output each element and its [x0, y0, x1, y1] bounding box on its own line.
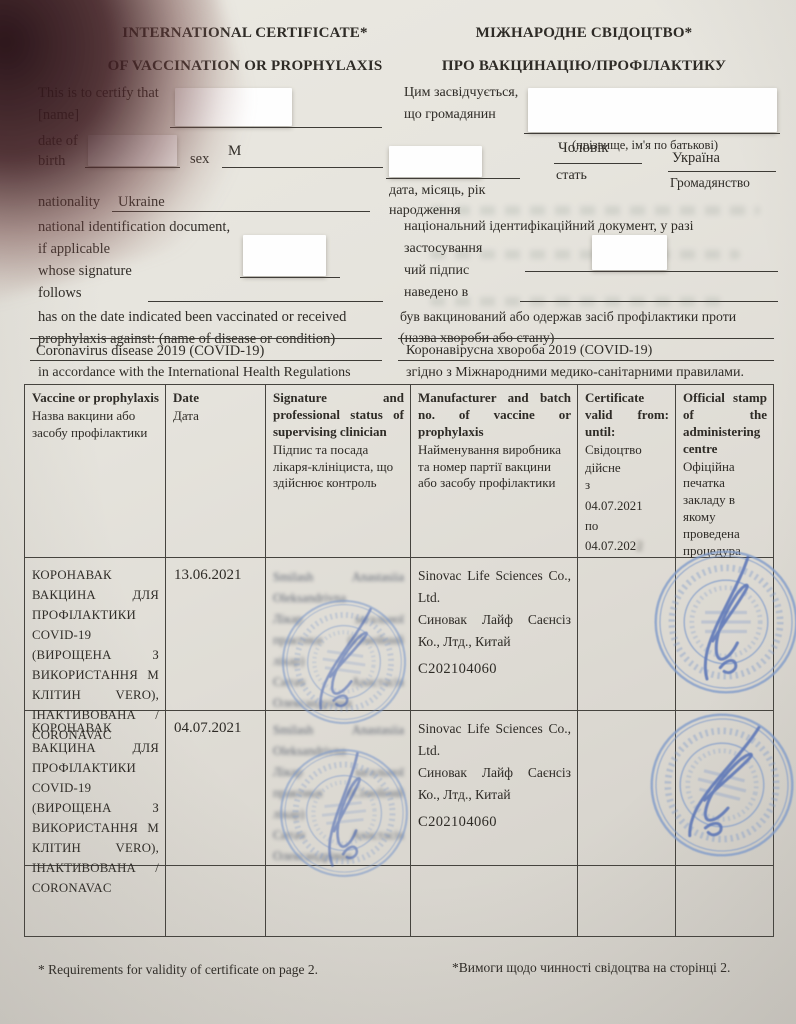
header-validity-ua-1: Свідоцтво: [585, 442, 669, 459]
row1-vaccine: КОРОНАВАК ВАКЦИНА ДЛЯ ПРОФІЛАКТИКИ COVID…: [25, 558, 166, 711]
row2-batch-number: C202104060: [418, 811, 571, 833]
title-ua-line2: ПРО ВАКЦИНАЦІЮ/ПРОФІЛАКТИКУ: [398, 50, 770, 83]
writing-line-signature-en: [148, 301, 383, 302]
validity-po-label: по: [585, 516, 669, 536]
header-vaccine-en: Vaccine or prophylaxis: [32, 390, 159, 407]
vaccination-table: Vaccine or prophylaxis Назва вакцини або…: [24, 384, 774, 937]
row1-date: 13.06.2021: [166, 558, 266, 711]
empty-row-cell: [411, 866, 578, 936]
footer-note-ua: *Вимоги щодо чинності свідоцтва на сторі…: [452, 960, 730, 976]
nid-label-ua-1: національний ідентифікаційний документ, …: [404, 218, 694, 236]
disease-underline-ua: [398, 360, 774, 361]
writing-line-nid-ua: [525, 271, 778, 272]
row2-signature: Smilash Anastasiia Oleksandrivna Лікар з…: [266, 711, 411, 866]
validity-until-date: 04.07.2022: [585, 536, 669, 556]
vaccination-certificate-page: INTERNATIONAL CERTIFICATE* OF VACCINATIO…: [0, 0, 796, 1024]
sex-value-ua: Чоловік: [558, 139, 609, 158]
row2-manufacturer-ua: Синовак Лайф Саєнсіз Ко., Лтд., Китай: [418, 762, 571, 806]
signature-label-ua-1: чий підпис: [404, 262, 469, 280]
row1-manufacturer-ua: Синовак Лайф Саєнсіз Ко., Лтд., Китай: [418, 609, 571, 653]
certify-label-ua-1: Цим засвідчується,: [404, 84, 518, 102]
signature-label-ua-2: наведено в: [404, 284, 468, 302]
header-validity: Certificate valid from: until: Свідоцтво…: [578, 385, 676, 558]
row1-batch-number: C202104060: [418, 658, 571, 680]
header-vaccine-ua: Назва вакцини або засобу профілактики: [32, 408, 159, 442]
disease-overline-ua: [398, 338, 774, 339]
dob-label-ua-2: народження: [389, 202, 461, 220]
empty-row-cell: [676, 866, 773, 936]
blurred-text-line: Лікар загальної практики (Сімейний лікар…: [273, 609, 404, 672]
header-signature: Signature and professional status of sup…: [266, 385, 411, 558]
disease-overline-en: [30, 338, 382, 339]
blurred-text-line: Лікар загальної практики (Сімейний лікар…: [273, 762, 404, 825]
header-date: Date Дата: [166, 385, 266, 558]
writing-line-name-ua: [524, 133, 780, 134]
vaccinated-label-ua-1: був вакцинований або одержав засіб профі…: [400, 308, 736, 325]
header-validity-en: Certificate valid from: until:: [585, 390, 669, 441]
disease-en: Coronavirus disease 2019 (COVID-19): [36, 342, 264, 360]
row2-vaccine: КОРОНАВАК ВАКЦИНА ДЛЯ ПРОФІЛАКТИКИ COVID…: [25, 711, 166, 866]
accordance-en: in accordance with the International Hea…: [38, 364, 351, 382]
blurred-text-line: Ситач Анастасія Олександрівна: [273, 672, 404, 714]
writing-line-signature-ua: [520, 301, 778, 302]
validity-until-smudged-digit: 2: [636, 536, 642, 556]
header-manufacturer-ua: Найменування виробника та номер партії в…: [418, 442, 571, 493]
redaction-box-nid-ua: [592, 235, 667, 270]
footer-note-en: * Requirements for validity of certifica…: [38, 962, 318, 978]
row1-manufacturer: Sinovac Life Sciences Co., Ltd. Синовак …: [411, 558, 578, 711]
row2-manufacturer: Sinovac Life Sciences Co., Ltd. Синовак …: [411, 711, 578, 866]
row2-manufacturer-en: Sinovac Life Sciences Co., Ltd.: [418, 718, 571, 762]
validity-from-date: 04.07.2021: [585, 496, 669, 516]
signature-label-en-2: follows: [38, 284, 82, 302]
header-date-ua: Дата: [173, 408, 259, 425]
nid-label-ua-2: застосування: [404, 240, 482, 258]
disease-underline-en: [30, 360, 382, 361]
blurred-text-line: Ситач Анастасія Олександрівна: [273, 825, 404, 867]
sex-label-ua: стать: [556, 167, 587, 185]
disease-ua: Коронавірусна хвороба 2019 (COVID-19): [406, 342, 652, 360]
header-signature-ua: Підпис та посада лікаря-клініциста, що з…: [273, 442, 404, 493]
citizenship-label-ua: Громадянство: [670, 175, 750, 192]
blurred-text-line: Smilash Anastasiia Oleksandrivna: [273, 567, 404, 609]
redaction-box-name-ua: [528, 88, 777, 132]
row1-validity: [578, 558, 676, 711]
row1-manufacturer-en: Sinovac Life Sciences Co., Ltd.: [418, 565, 571, 609]
empty-row-cell: [578, 866, 676, 936]
header-validity-ua-3: з: [585, 477, 669, 494]
header-manufacturer: Manufacturer and batch no. of vaccine or…: [411, 385, 578, 558]
blurred-text-line: Smilash Anastasiia Oleksandrivna: [273, 720, 404, 762]
writing-line-nid-en: [240, 277, 340, 278]
header-vaccine: Vaccine or prophylaxis Назва вакцини або…: [25, 385, 166, 558]
citizenship-value-ua: Україна: [672, 149, 720, 167]
dob-label-ua-1: дата, місяць, рік: [389, 182, 485, 200]
writing-line-dob-ua: [386, 178, 520, 179]
writing-line-sex-ua: [554, 163, 642, 164]
row1-stamp-cell: [676, 558, 773, 711]
row1-blurred-clinician-text: Smilash Anastasiia Oleksandrivna Лікар з…: [273, 563, 404, 714]
redaction-box-dob-ua: [389, 146, 482, 177]
row2-validity: [578, 711, 676, 866]
header-validity-ua-2: дійсне: [585, 460, 669, 477]
row2-blurred-clinician-text: Smilash Anastasiia Oleksandrivna Лікар з…: [273, 716, 404, 867]
header-stamp-en: Official stamp of the administering cent…: [683, 390, 767, 458]
accordance-ua: згідно з Міжнародними медико-санітарними…: [406, 364, 744, 382]
empty-row-cell: [25, 866, 166, 936]
header-manufacturer-en: Manufacturer and batch no. of vaccine or…: [418, 390, 571, 441]
header-stamp: Official stamp of the administering cent…: [676, 385, 773, 558]
bleed-through-artifact: [430, 206, 760, 215]
title-ua-line1: МІЖНАРОДНЕ СВІДОЦТВО*: [398, 17, 770, 50]
row1-signature: Smilash Anastasiia Oleksandrivna Лікар з…: [266, 558, 411, 711]
row2-stamp-cell: [676, 711, 773, 866]
validity-until-text: 04.07.202: [585, 539, 636, 553]
header-date-en: Date: [173, 390, 259, 407]
row2-date: 04.07.2021: [166, 711, 266, 866]
empty-row-cell: [266, 866, 411, 936]
vaccinated-label-en-1: has on the date indicated been vaccinate…: [38, 308, 346, 326]
certify-label-ua-2: що громадянин: [404, 106, 496, 124]
redaction-box-nid-en: [243, 235, 326, 276]
title-ua: МІЖНАРОДНЕ СВІДОЦТВО* ПРО ВАКЦИНАЦІЮ/ПРО…: [398, 17, 770, 83]
empty-row-cell: [166, 866, 266, 936]
writing-line-citizenship: [668, 171, 776, 172]
header-stamp-ua: Офіційна печатка закладу в якому проведе…: [683, 459, 767, 560]
header-signature-en: Signature and professional status of sup…: [273, 390, 404, 441]
